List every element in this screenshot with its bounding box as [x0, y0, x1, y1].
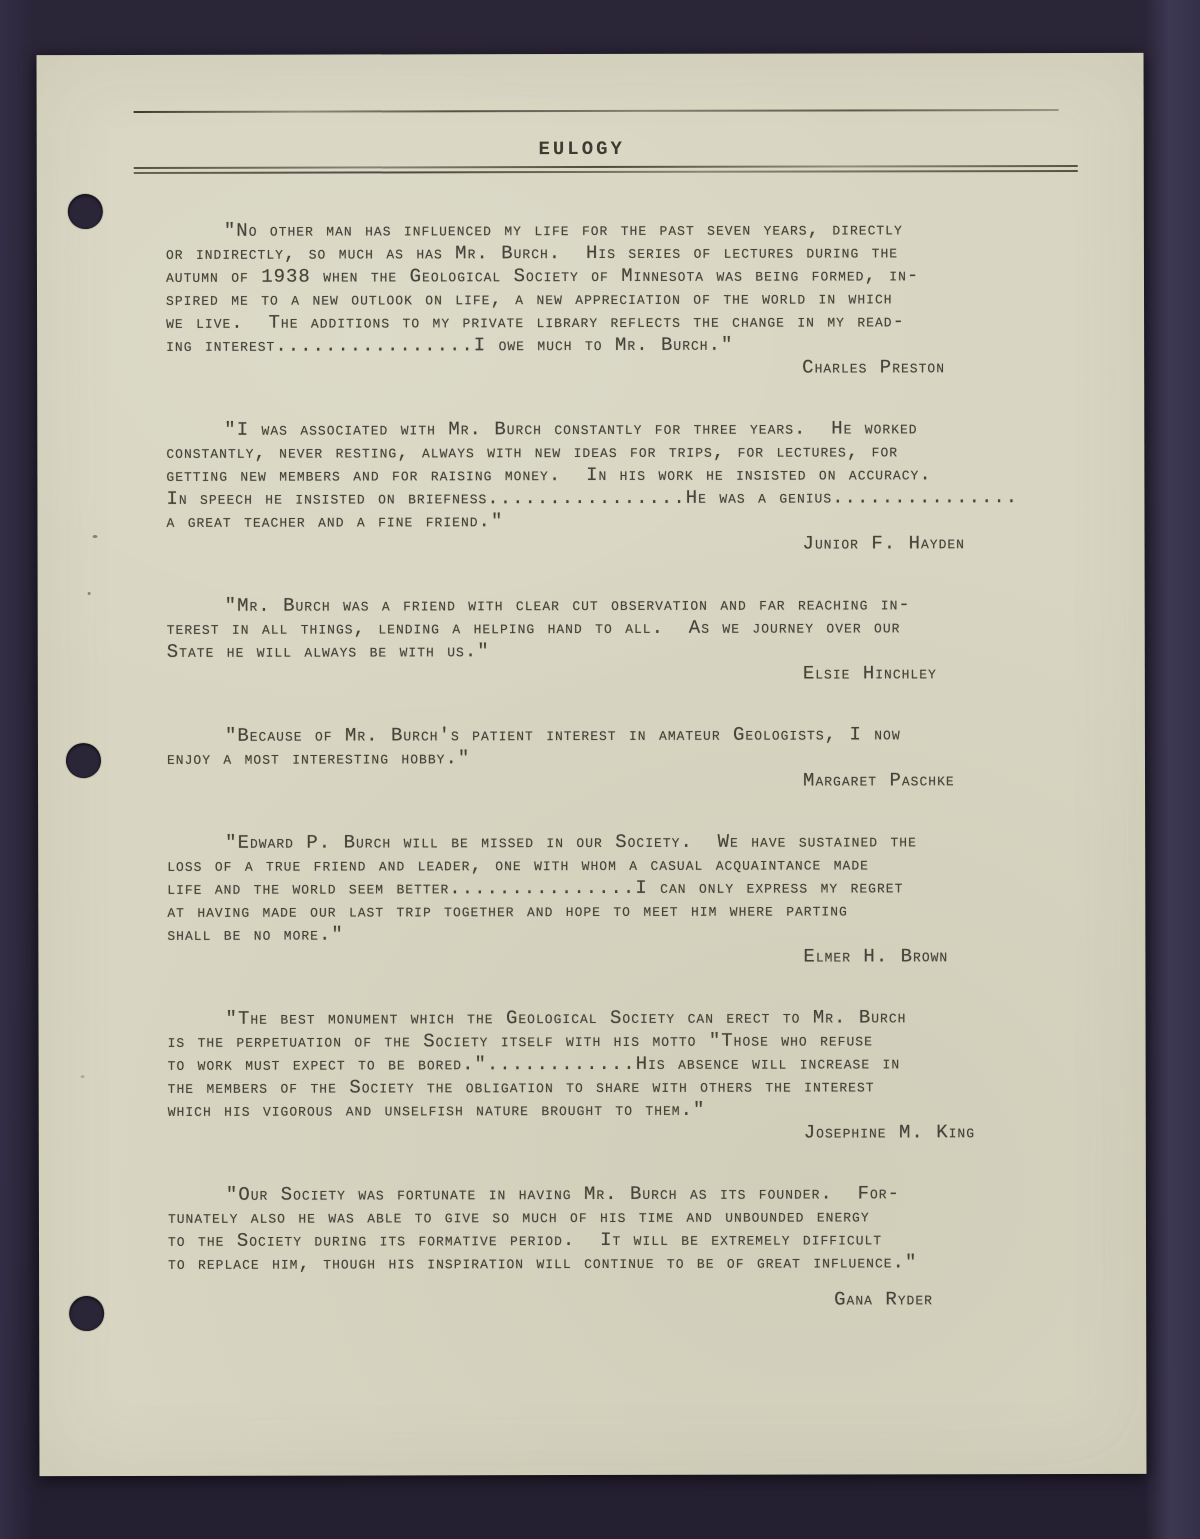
eulogy-author: Gana Ryder: [834, 1288, 1068, 1311]
eulogy-list: "No other man has influenced my life for…: [166, 218, 1068, 1351]
eulogy-entry: "The best monument which the Geological …: [168, 1006, 1068, 1146]
horizontal-rule-double: [134, 165, 1078, 174]
punch-hole-icon: [68, 194, 103, 229]
punch-hole-icon: [66, 743, 101, 778]
binder-left-edge: [0, 0, 34, 1539]
eulogy-text-line: life and the world seem better..........…: [167, 876, 1067, 901]
eulogy-author: Junior F. Hayden: [803, 532, 1067, 556]
eulogy-entry: "Edward P. Burch will be missed in our S…: [167, 830, 1067, 970]
eulogy-entry: "Mr. Burch was a friend with clear cut o…: [167, 593, 1067, 687]
eulogy-text-line: which his vigorous and unselfish nature …: [168, 1098, 1068, 1123]
rule-bar: [134, 165, 1078, 169]
eulogy-text-line: is the perpetuation of the Society itsel…: [168, 1029, 1068, 1054]
eulogy-text-line: "Because of Mr. Burch's patient interest…: [167, 723, 1067, 748]
eulogy-author: Elsie Hinchley: [803, 662, 1067, 686]
eulogy-text-line: shall be no more.": [167, 922, 1067, 947]
eulogy-author: Charles Preston: [802, 356, 1066, 380]
horizontal-rule-top: [134, 109, 1059, 113]
eulogy-text-line: we live. The additions to my private lib…: [166, 310, 1066, 335]
eulogy-text-line: or indirectly, so much as has Mr. Burch.…: [166, 241, 1066, 266]
punch-hole-icon: [69, 1296, 104, 1331]
scanned-page-background: EULOGY "No other man has influenced my l…: [0, 0, 1200, 1539]
eulogy-text-line: constantly, never resting, always with n…: [166, 440, 1066, 465]
eulogy-entry: "Because of Mr. Burch's patient interest…: [167, 723, 1067, 794]
eulogy-text-line: at having made our last trip together an…: [167, 899, 1067, 924]
eulogy-text-line: tunately also he was able to give so muc…: [168, 1205, 1068, 1230]
eulogy-text-line: "No other man has influenced my life for…: [166, 218, 1066, 243]
eulogy-text-line: the members of the Society the obligatio…: [168, 1075, 1068, 1100]
eulogy-text-line: "Edward P. Burch will be missed in our S…: [167, 830, 1067, 855]
eulogy-text-line: "Mr. Burch was a friend with clear cut o…: [167, 593, 1067, 618]
eulogy-text-line: to replace him, though his inspiration w…: [168, 1251, 1068, 1276]
eulogy-entry: "Our Society was fortunate in having Mr.…: [168, 1182, 1068, 1313]
eulogy-text-line: "The best monument which the Geological …: [168, 1006, 1068, 1031]
eulogy-text-line: to the Society during its formative peri…: [168, 1228, 1068, 1253]
eulogy-text-line: "I was associated with Mr. Burch constan…: [166, 417, 1066, 442]
eulogy-entry: "I was associated with Mr. Burch constan…: [166, 417, 1066, 557]
eulogy-text-line: ing interest................I owe much t…: [166, 333, 1066, 358]
eulogy-entry: "No other man has influenced my life for…: [166, 218, 1066, 381]
eulogy-text-line: enjoy a most interesting hobby.": [167, 746, 1067, 771]
document-page: EULOGY "No other man has influenced my l…: [37, 53, 1147, 1476]
eulogy-text-line: loss of a true friend and leader, one wi…: [167, 853, 1067, 878]
eulogy-text-line: spired me to a new outlook on life, a ne…: [166, 287, 1066, 312]
eulogy-text-line: State he will always be with us.": [167, 639, 1067, 664]
paper-speck: [88, 592, 91, 595]
eulogy-text-line: autumn of 1938 when the Geological Socie…: [166, 264, 1066, 289]
binder-right-edge: [1145, 0, 1200, 1539]
eulogy-text-line: In speech he insisted on briefness......…: [166, 486, 1066, 511]
eulogy-text-line: to work must expect to be bored.".......…: [168, 1052, 1068, 1077]
eulogy-text-line: "Our Society was fortunate in having Mr.…: [168, 1182, 1068, 1207]
page-title: EULOGY: [37, 137, 1127, 161]
eulogy-text-line: a great teacher and a fine friend.": [166, 509, 1066, 534]
eulogy-author: Elmer H. Brown: [803, 945, 1067, 969]
paper-speck: [81, 1075, 85, 1078]
rule-bar: [134, 170, 1078, 174]
paper-speck: [93, 535, 98, 538]
eulogy-author: Josephine M. King: [804, 1121, 1068, 1145]
eulogy-text-line: terest in all things, lending a helping …: [167, 616, 1067, 641]
eulogy-text-line: getting new members and for raising mone…: [166, 463, 1066, 488]
eulogy-author: Margaret Paschke: [803, 769, 1067, 793]
